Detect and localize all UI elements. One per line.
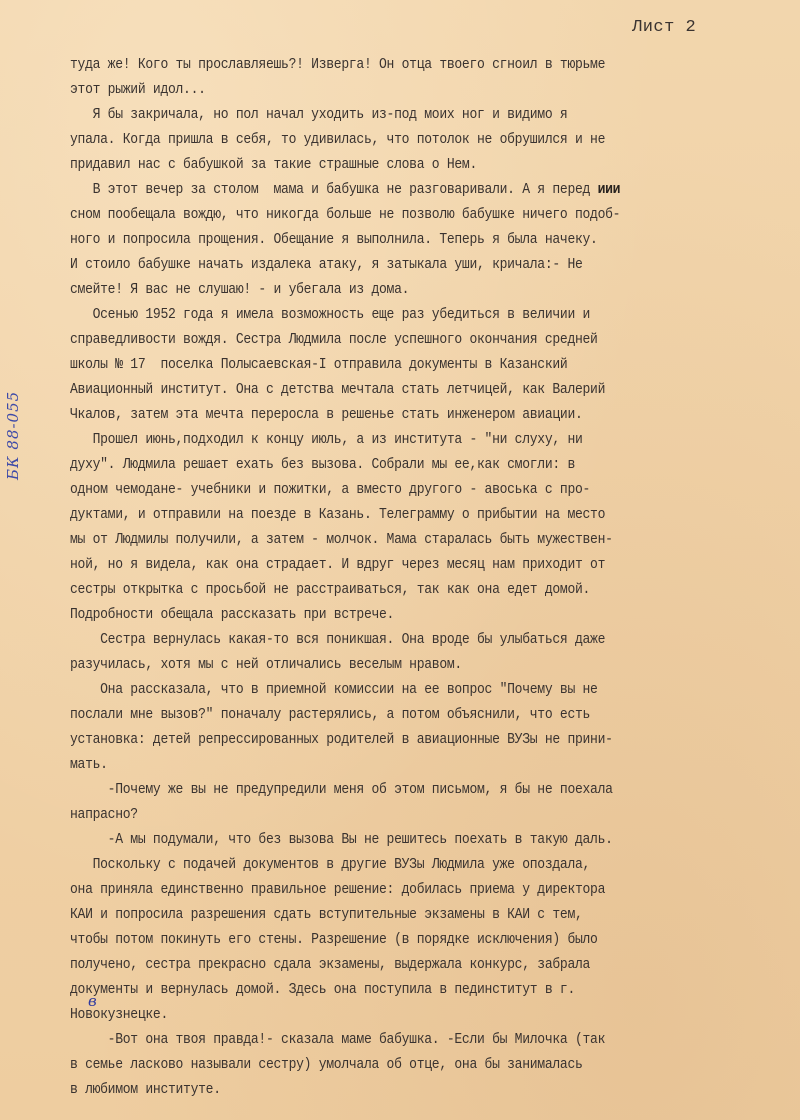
- text-line: Она рассказала, что в приемной комиссии …: [70, 677, 792, 702]
- handwritten-correction: в: [88, 992, 97, 1010]
- text-line: ной, но я видела, как она страдает. И вд…: [70, 552, 792, 577]
- text-line: смейте! Я вас не слушаю! - и убегала из …: [70, 277, 792, 302]
- text-line: ного и попросила прощения. Обещание я вы…: [70, 227, 792, 252]
- text-line: упала. Когда пришла в себя, то удивилась…: [70, 127, 792, 152]
- text-line: документы и вернулась домой. Здесь она п…: [70, 977, 792, 1002]
- text-segment: В этот вечер за столом мама и бабушка не…: [70, 180, 590, 198]
- body-text: туда же! Кого ты прославляешь?! Изверга!…: [70, 52, 792, 1102]
- text-line: И стоило бабушке начать издалека атаку, …: [70, 252, 792, 277]
- text-line: В этот вечер за столом мама и бабушка не…: [70, 177, 792, 202]
- text-line: духу". Людмила решает ехать без вызова. …: [70, 452, 792, 477]
- text-line: в любимом институте.: [70, 1077, 792, 1102]
- typewritten-page: Лист 2 БК 88-055 туда же! Кого ты просла…: [0, 0, 800, 1120]
- text-line: туда же! Кого ты прославляешь?! Изверга!…: [70, 52, 792, 77]
- text-line: школы № 17 поселка Полысаевская-I отправ…: [70, 352, 792, 377]
- text-line: справедливости вождя. Сестра Людмила пос…: [70, 327, 792, 352]
- text-line: придавил нас с бабушкой за такие страшны…: [70, 152, 792, 177]
- text-line: Новокузнецке.: [70, 1002, 792, 1027]
- text-line: сном пообещала вождю, что никогда больше…: [70, 202, 792, 227]
- text-line: установка: детей репрессированных родите…: [70, 727, 792, 752]
- text-line: Прошел июнь,подходил к концу июль, а из …: [70, 427, 792, 452]
- text-line: чтобы потом покинуть его стены. Разрешен…: [70, 927, 792, 952]
- text-line: Чкалов, затем эта мечта переросла в реше…: [70, 402, 792, 427]
- text-line: дуктами, и отправили на поезде в Казань.…: [70, 502, 792, 527]
- text-line: сестры открытка с просьбой не расстраива…: [70, 577, 792, 602]
- text-line: разучилась, хотя мы с ней отличались вес…: [70, 652, 792, 677]
- text-line: этот рыжий идол...: [70, 77, 792, 102]
- text-line: Сестра вернулась какая-то вся поникшая. …: [70, 627, 792, 652]
- text-line: получено, сестра прекрасно сдала экзамен…: [70, 952, 792, 977]
- text-line: мы от Людмилы получили, а затем - молчок…: [70, 527, 792, 552]
- text-line: одном чемодане- учебники и пожитки, а вм…: [70, 477, 792, 502]
- text-line: -А мы подумали, что без вызова Вы не реш…: [70, 827, 792, 852]
- sheet-number: Лист 2: [632, 18, 696, 37]
- text-line: послали мне вызов?" поначалу растерялись…: [70, 702, 792, 727]
- text-line: мать.: [70, 752, 792, 777]
- handwritten-margin-annotation: БК 88-055: [4, 391, 22, 480]
- struck-out-text: иии: [598, 180, 621, 198]
- text-line: -Почему же вы не предупредили меня об эт…: [70, 777, 792, 802]
- text-line: Осенью 1952 года я имела возможность еще…: [70, 302, 792, 327]
- text-line: -Вот она твоя правда!- сказала маме бабу…: [70, 1027, 792, 1052]
- text-line: напрасно?: [70, 802, 792, 827]
- text-line: в семье ласково называли сестру) умолчал…: [70, 1052, 792, 1077]
- text-line: Я бы закричала, но пол начал уходить из-…: [70, 102, 792, 127]
- text-line: Авиационный институт. Она с детства мечт…: [70, 377, 792, 402]
- text-line: Поскольку с подачей документов в другие …: [70, 852, 792, 877]
- text-line: она приняла единственно правильное решен…: [70, 877, 792, 902]
- text-line: Подробности обещала рассказать при встре…: [70, 602, 792, 627]
- text-line: КАИ и попросила разрешения сдать вступит…: [70, 902, 792, 927]
